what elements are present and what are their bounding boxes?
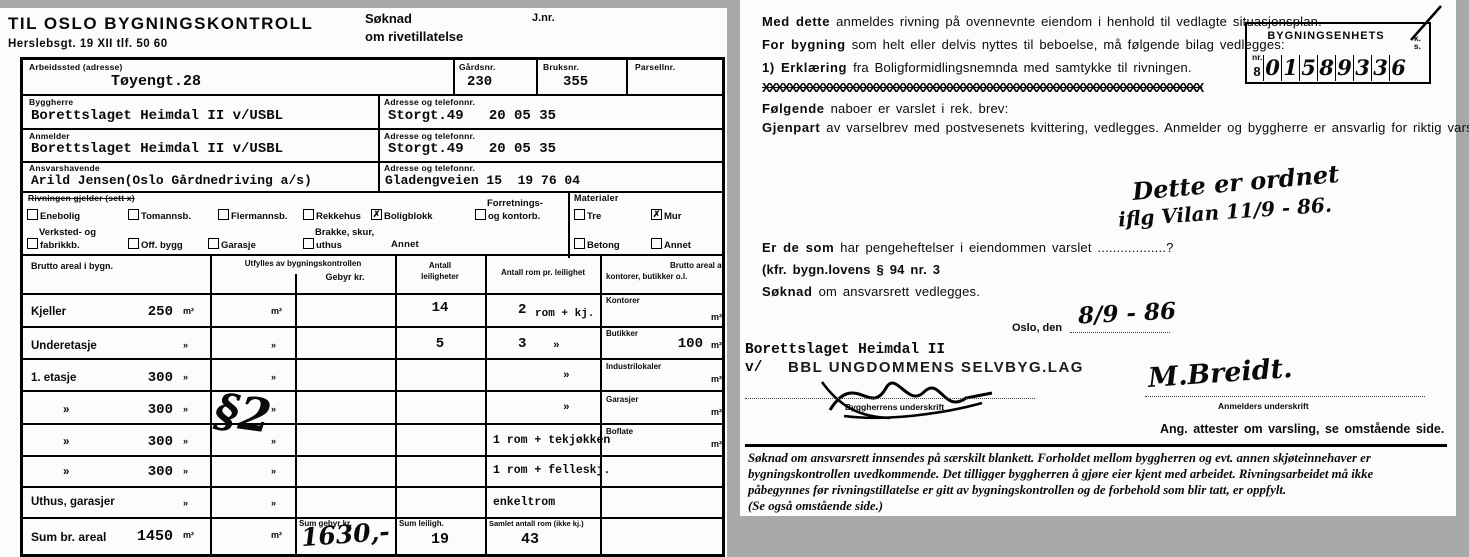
gaardsnr-value: 230 — [467, 74, 492, 90]
checkbox-label: Rekkehus — [316, 211, 361, 222]
digit: 1 — [1281, 55, 1299, 81]
ansvarshavende-label: Ansvarshavende — [29, 163, 100, 173]
checkbox-top-label: Brakke, skur, — [315, 227, 374, 238]
paragraph-lead: 1) Erklæring — [762, 60, 847, 75]
right-col-unit: m² — [711, 407, 722, 417]
area-unit: » — [183, 436, 188, 446]
rom-suffix: » — [563, 402, 570, 414]
checkbox-enebolig: Enebolig — [27, 209, 80, 222]
gaardsnr-label: Gårdsnr. — [459, 62, 496, 72]
checkbox-verksted-fabrikkb: Verksted- ogfabrikkb. — [27, 227, 96, 251]
handwritten-paragraph-mark: §2 — [212, 382, 275, 443]
footer-line-3: påbegynnes før rivningstillatelse er git… — [748, 482, 1286, 498]
area-unit: m² — [183, 306, 194, 316]
box-s: s. — [1414, 42, 1421, 50]
checkbox-boligblokk: ✗Boligblokk — [371, 209, 433, 222]
header-gebyr: Gebyr kr. — [299, 272, 391, 282]
divider — [210, 256, 212, 554]
checkbox-label: og kontorb. — [488, 211, 540, 222]
rom-value: 2 — [518, 302, 526, 318]
footer-rule — [745, 444, 1447, 447]
form-page-right: Med detteanmeldes rivning på ovennevnte … — [740, 0, 1456, 516]
byggherre-signature-label: Byggherrens underskrift — [845, 402, 944, 412]
checkbox-label: uthus — [316, 240, 342, 251]
sum-leil-value: 19 — [399, 531, 481, 548]
gjenpart-lead: Gjenpart — [762, 120, 820, 135]
paragraph-3: 1) Erklæringfra Boligformidlingsnemnda m… — [762, 60, 1192, 75]
row-label: » — [63, 466, 69, 478]
divider — [536, 60, 538, 94]
checkbox-box — [208, 238, 219, 249]
scanned-document: { "left": { "title": "TIL OSLO BYGNINGSK… — [0, 0, 1469, 557]
form-page-left: TIL OSLO BYGNINGSKONTROLL Herslebsgt. 19… — [0, 8, 727, 557]
divider — [23, 455, 722, 457]
box-prefix-digit: 8 — [1251, 64, 1263, 79]
materialer-label: Materialer — [574, 193, 619, 203]
box-digits: 801589336 — [1251, 55, 1407, 81]
rom-suffix: enkeltrom — [493, 496, 555, 509]
area-value: 300 — [118, 402, 173, 418]
divider — [23, 486, 722, 488]
row-label: Underetasje — [31, 340, 97, 352]
area-value: 300 — [118, 434, 173, 450]
area-unit: » — [183, 404, 188, 414]
right-col-label: Butikker — [606, 329, 638, 338]
checkbox-off-bygg: Off. bygg — [128, 238, 183, 251]
attest-line: Ang. attester om varsling, se omstående … — [1160, 422, 1444, 436]
adresse-label: Adresse og telefonnr. — [384, 163, 475, 173]
area-value: 300 — [118, 370, 173, 386]
digit: 6 — [1389, 55, 1407, 81]
divider — [378, 163, 380, 191]
area-table: Brutto areal i bygn. Utfylles av bygning… — [23, 256, 722, 554]
rom-suffix: rom + kj. — [535, 308, 594, 320]
bruksnr-label: Bruksnr. — [543, 62, 579, 72]
form-type-line2: om rivetillatelse — [365, 28, 463, 46]
anmelder-signature-line — [1145, 396, 1425, 397]
digit: 0 — [1263, 55, 1281, 81]
checkbox-garasje: Garasje — [208, 238, 256, 251]
annet-label: Annet — [391, 239, 419, 250]
sum-area-unit: m² — [183, 530, 194, 540]
soknad-ansvarsrett-line: Søknadom ansvarsrett vedlegges. — [762, 284, 980, 299]
divider — [23, 358, 722, 360]
paragraph-2: For bygningsom helt eller delvis nyttes … — [762, 37, 1285, 52]
divider — [378, 96, 380, 128]
checkbox-label: Garasje — [221, 240, 256, 251]
checkbox-box — [303, 238, 314, 249]
gjenpart-line: Gjenpartav varselbrev med postvesenets k… — [762, 120, 1469, 135]
right-col-value: 100 — [653, 336, 703, 352]
bk-unit: m² — [271, 306, 282, 316]
right-col-label: Kontorer — [606, 296, 640, 305]
row-checkboxes-2: Verksted- ogfabrikkb. Off. bygg Garasje … — [23, 228, 722, 256]
row-arbeidssted: Arbeidssted (adresse) Tøyengt.28 Gårdsnr… — [23, 60, 722, 96]
footer-line-2: bygningskontrollen uvedkommende. Det til… — [748, 466, 1373, 482]
checkbox-top-label: Forretnings- — [487, 198, 543, 209]
right-col-unit: m² — [711, 374, 722, 384]
checkbox-box — [27, 238, 38, 249]
checkbox-box — [475, 209, 486, 220]
crossed-out-line: XXXXXXXXXXXXXXXXXXXXXXXXXXXXXXXXXXXXXXXX… — [762, 80, 1222, 95]
bruksnr-value: 355 — [563, 74, 588, 90]
checkbox-box — [651, 238, 662, 249]
header-antall-rom: Antall rom pr. leilighet — [489, 268, 597, 277]
bygningsenhets-number-box: BYGNINGSENHETS k. s. nr. 801589336 — [1245, 22, 1431, 84]
checkbox-group-label: Rivningen gjelder (sett x) — [28, 193, 135, 203]
form-type: Søknad om rivetillatelse — [365, 10, 463, 46]
sum-leil-label: Sum leiligh. — [399, 519, 444, 528]
checkbox-tre: Tre — [574, 209, 601, 222]
checkbox-box — [128, 238, 139, 249]
checkbox-label: Enebolig — [40, 211, 80, 222]
paragraph-rest: fra Boligformidlingsnemnda med samtykke … — [853, 60, 1192, 75]
paragraph-rest: som helt eller delvis nyttes til beboels… — [852, 37, 1285, 52]
right-col-label: Garasjer — [606, 395, 638, 404]
anmelder-signature-label: Anmelders underskrift — [1218, 401, 1309, 411]
application-form-table: Arbeidssted (adresse) Tøyengt.28 Gårdsnr… — [20, 57, 725, 557]
arbeidssted-label: Arbeidssted (adresse) — [29, 62, 122, 72]
byggherre-v-slash: v/ — [745, 360, 762, 376]
divider — [485, 256, 487, 554]
checkbox-box: ✗ — [651, 209, 662, 220]
row-label: Kjeller — [31, 306, 66, 318]
parsellnr-label: Parsellnr. — [635, 62, 675, 72]
checkbox-box — [27, 209, 38, 220]
right-col-unit: m² — [711, 439, 722, 449]
row-byggherre: Byggherre Borettslaget Heimdal II v/USBL… — [23, 96, 722, 130]
right-col-unit: m² — [711, 312, 722, 322]
digit: 8 — [1317, 55, 1335, 81]
header-brutto-kontorer-2: kontorer, butikker o.l. — [606, 272, 725, 281]
bk-unit: » — [271, 436, 276, 446]
area-unit: » — [183, 498, 188, 508]
checkbox-box — [574, 209, 585, 220]
bk-unit: » — [271, 340, 276, 350]
sum-bk-unit: m² — [271, 530, 282, 540]
sum-gebyr-value-handwritten: 1630,- — [300, 517, 390, 552]
checkbox-box — [303, 209, 314, 220]
adresse-label: Adresse og telefonnr. — [384, 97, 475, 107]
footer-line-4: (Se også omstående side.) — [748, 498, 883, 514]
soknad-lead: Søknad — [762, 284, 813, 299]
byggherre-typed-name: Borettslaget Heimdal II — [745, 342, 945, 358]
divider — [23, 326, 722, 328]
leiligheter-value: 14 — [395, 300, 485, 316]
anmelder-signature: M.Breidt. — [1147, 353, 1293, 394]
divider — [600, 256, 602, 554]
gjenpart-rest: av varselbrev med postvesenets kvitterin… — [826, 120, 1469, 135]
checkbox-label: Off. bygg — [141, 240, 183, 251]
checkbox-tomannsb: Tomannsb. — [128, 209, 191, 222]
footer-line-1: Søknad om ansvarsrett innsendes på særsk… — [748, 450, 1371, 466]
row-anmelder: Anmelder Borettslaget Heimdal II v/USBL … — [23, 130, 722, 163]
checkbox-top-label: Verksted- og — [39, 227, 96, 238]
digit: 5 — [1299, 55, 1317, 81]
office-address: Herslebsgt. 19 XII tlf. 50 60 — [8, 38, 168, 50]
leiligheter-value: 5 — [395, 336, 485, 352]
naboer-lead: Følgende — [762, 101, 825, 116]
right-col-unit: m² — [711, 340, 722, 350]
row-label: 1. etasje — [31, 372, 76, 384]
header-utfylles: Utfylles av bygningskontrollen — [215, 259, 391, 268]
bk-unit: » — [271, 372, 276, 382]
ansvarshavende-adresse: Gladengveien 15 19 76 04 — [385, 173, 580, 188]
checkbox-box — [574, 238, 585, 249]
checkbox-flermannsb: Flermannsb. — [218, 209, 288, 222]
byggherre-adresse: Storgt.49 20 05 35 — [388, 108, 556, 124]
checkbox-forretnings-kontorb: Forretnings-og kontorb. — [475, 198, 543, 222]
checkbox-label: Flermannsb. — [231, 211, 288, 222]
row-label: » — [63, 404, 69, 416]
header-antall-leiligheter-1: Antall — [399, 261, 481, 270]
right-col-label: Industrilokaler — [606, 362, 661, 371]
date-line — [1070, 332, 1170, 333]
checkbox-label: Tomannsb. — [141, 211, 191, 222]
divider — [626, 60, 628, 94]
checkbox-label: Boligblokk — [384, 211, 433, 222]
area-value: 250 — [118, 304, 173, 320]
row-label: » — [63, 436, 69, 448]
byggherre-signature-line — [745, 398, 1035, 399]
checkbox-label: Mur — [664, 211, 681, 222]
checkbox-brakke-uthus: Brakke, skur,uthus — [303, 227, 374, 251]
sum-rom-value: 43 — [521, 531, 539, 548]
checkbox-box — [218, 209, 229, 220]
byggherre-label: Byggherre — [29, 97, 73, 107]
checkbox-box: ✗ — [371, 209, 382, 220]
handwritten-date: 8/9 - 86 — [1077, 297, 1176, 329]
divider — [295, 274, 297, 554]
checkbox-rekkehus: Rekkehus — [303, 209, 361, 222]
area-value: 300 — [118, 464, 173, 480]
rom-value: 3 — [518, 336, 526, 352]
divider — [378, 130, 380, 161]
form-type-line1: Søknad — [365, 10, 463, 28]
fill-in-dots: ..................? — [1097, 240, 1173, 255]
area-unit: » — [183, 340, 188, 350]
rom-suffix: 1 rom + tekjøkken — [493, 434, 610, 447]
soknad-rest: om ansvarsrett vedlegges. — [819, 284, 980, 299]
paragraph-lead: For bygning — [762, 37, 846, 52]
oslo-den-label: Oslo, den — [1012, 322, 1062, 334]
right-col-label: Boflate — [606, 427, 633, 436]
checkbox-mur: ✗Mur — [651, 209, 681, 222]
divider — [23, 390, 722, 392]
checkbox-betong: Betong — [574, 238, 620, 251]
checkbox-label: fabrikkb. — [40, 240, 80, 251]
digit: 3 — [1371, 55, 1389, 81]
header-brutto-kontorer-1: Brutto areal av — [606, 261, 725, 270]
adresse-label: Adresse og telefonnr. — [384, 131, 475, 141]
ansvarshavende-value: Arild Jensen(Oslo Gårdnedriving a/s) — [31, 173, 312, 188]
checkbox-label: Tre — [587, 211, 601, 222]
byggherre-value: Borettslaget Heimdal II v/USBL — [31, 108, 283, 124]
rom-suffix: » — [563, 370, 570, 382]
sum-label: Sum br. areal — [31, 530, 106, 544]
arbeidssted-value: Tøyengt.28 — [111, 73, 201, 90]
sum-rom-label: Samlet antall rom (ikke kj.) — [489, 519, 584, 528]
divider — [23, 423, 722, 425]
divider — [23, 293, 722, 295]
naboer-rest: naboer er varslet i rek. brev: — [831, 101, 1009, 116]
row-label: Uthus, garasjer — [31, 496, 115, 508]
row-ansvarshavende: Ansvarshavende Arild Jensen(Oslo Gårdned… — [23, 163, 722, 193]
paragraph-lead: Med dette — [762, 14, 830, 29]
digit: 9 — [1335, 55, 1353, 81]
sum-area-value: 1450 — [118, 528, 173, 545]
checkbox-label: Annet — [664, 240, 691, 251]
bk-unit: » — [271, 466, 276, 476]
box-title: BYGNINGSENHETS — [1247, 30, 1405, 42]
header-antall-leiligheter-2: leiligheter — [399, 272, 481, 281]
handwritten-check-mark — [1407, 2, 1447, 42]
pengeheftelser-rest: har pengeheftelser i eiendommen varslet — [840, 240, 1091, 255]
area-unit: » — [183, 466, 188, 476]
checkbox-label: Betong — [587, 240, 620, 251]
row-checkboxes-1: Rivningen gjelder (sett x) Enebolig Toma… — [23, 193, 722, 228]
rom-suffix: 1 rom + felleskj. — [493, 464, 610, 477]
page-title: TIL OSLO BYGNINGSKONTROLL — [8, 14, 313, 34]
naboer-line: Følgendenaboer er varslet i rek. brev: — [762, 101, 1008, 116]
pengeheftelser-lead: Er de som — [762, 240, 834, 255]
anmelder-value: Borettslaget Heimdal II v/USBL — [31, 141, 283, 157]
pengeheftelser-line: Er de somhar pengeheftelser i eiendommen… — [762, 240, 1174, 255]
checkbox-box — [128, 209, 139, 220]
area-unit: » — [183, 372, 188, 382]
digit: 3 — [1353, 55, 1371, 81]
paragraph-1: Med detteanmeldes rivning på ovennevnte … — [762, 14, 1322, 29]
checkbox-annet: Annet — [651, 238, 691, 251]
kfr-line: (kfr. bygn.lovens § 94 nr. 3 — [762, 262, 940, 277]
rom-suffix: » — [553, 340, 560, 352]
bk-unit: » — [271, 498, 276, 508]
header-brutto-areal: Brutto areal i bygn. — [31, 261, 113, 271]
anmelder-label: Anmelder — [29, 131, 70, 141]
divider — [453, 60, 455, 94]
journal-number-label: J.nr. — [532, 12, 555, 24]
anmelder-adresse: Storgt.49 20 05 35 — [388, 141, 556, 157]
